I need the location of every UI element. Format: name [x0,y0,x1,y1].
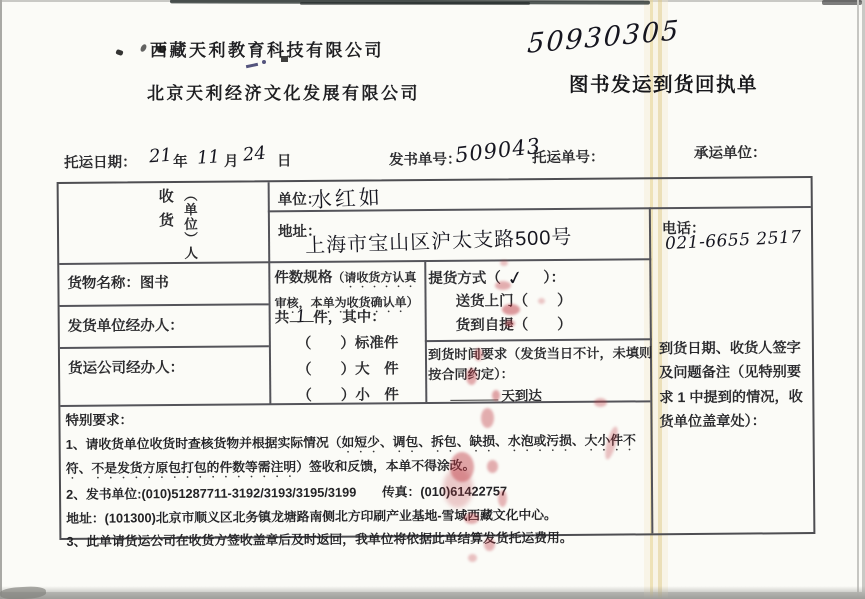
receiver-header-cell: 收货 （单位）人 [155,187,261,260]
receiver-label-right: （单位）人 [179,188,200,261]
package-item-standard: （ ）标准件 [297,331,399,353]
pickup-method-prefix: 提货方式（ [428,270,501,287]
package-total-prefix: 共 [275,310,290,326]
table-line [59,258,651,265]
stamp-mark [487,460,498,473]
stamp-mark [468,554,477,562]
arrival-time-requirement: 到货时间要求（发货当日不计，未填则按合同约定）： [428,343,654,386]
stamp-mark [495,281,511,290]
package-total-value-handwritten: 1 [295,307,308,328]
scan-artifact-top [822,0,862,5]
package-total-blank: 1 [289,307,313,322]
carrier-label: 承运单位： [694,141,767,163]
scan-artifact-left-edge [0,0,2,599]
scan-artifact-bottom [0,586,865,599]
arrival-days-blank [450,386,498,401]
table-line [60,303,269,307]
table-line [424,260,427,403]
package-item-small: （ ）小 件 [297,383,399,405]
company-name-2: 北京天利经济文化发展有限公司 [147,79,420,104]
shipper-agent-label: 发货单位经办人： [68,314,184,336]
meta-row: 托运日期： 21 年 11 月 24 日 发书单号： 509043 托运单号： … [55,138,835,179]
arrival-days-suffix: 天到达 [501,388,542,403]
scan-artifact-bottom-smudge [0,586,46,599]
stamp-mark [500,260,508,266]
ship-date-label: 托运日期： [64,151,137,173]
special-requirements-heading: 特别要求： [65,405,647,432]
stamp-mark [498,490,507,507]
stamp-mark [481,408,494,428]
stamp-mark [502,304,520,315]
table-line [268,182,272,404]
stamp-mark [492,390,500,401]
pickup-method-suffix: ）： [529,270,565,286]
scan-artifact-right-edge [857,0,859,599]
freight-agent-label: 货运公司经办人： [68,356,184,378]
form-table: 收货 （单位）人 单位： 水红如 地址： 上海市宝山区沪太支路500号 电话： … [57,176,816,540]
goods-name-label: 货物名称：图书 [67,271,169,293]
package-total-line: 共1件，其中： [275,305,386,327]
special-requirement-1: 1、请收货单位收货时查核货物并根据实际情况（如短少、调包、拆包、缺损、水泡或污损… [66,430,648,483]
pen-scribble [262,60,266,64]
arrival-signature-note: 到货日期、收货人签字及问题备注（见特别要求 1 中提到的情况，收货单位盖章处）： [659,336,810,435]
table-line [60,345,269,349]
book-order-label: 发书单号： [389,148,462,170]
day-unit: 日 [277,149,292,170]
form-title: 图书发运到货回执单 [569,69,758,97]
stamp-mark [464,513,479,524]
company-name-1: 西藏天利教育科技有限公司 [150,36,384,61]
ship-date-month-handwritten: 11 [196,146,220,168]
stamp-mark [484,538,495,551]
scan-artifact-top [300,2,530,5]
ship-date-year-handwritten: 21 [148,145,172,168]
special-requirements-section: 特别要求： 1、请收货单位收货时查核货物并根据实际情况（如短少、调包、拆包、缺损… [65,403,648,554]
package-spec-label: 件数规格 [274,270,332,286]
waybill-label: 托运单号： [532,146,605,168]
ship-date-day-handwritten: 24 [242,143,267,166]
pen-scribble [281,56,288,62]
package-total-suffix: 件，其中： [313,309,386,326]
unit-value-handwritten: 水红如 [310,181,383,214]
year-unit: 年 [173,150,188,171]
special-requirement-2-address: 地址：(101300)北京市顺义区北务镇龙塘路南侧北方印刷产业基地-雪域西藏文化… [66,503,648,529]
special-requirement-3: 3、此单请货运公司在收货方签收盖章后及时返回，我单位将依据此单结算发货托运费用。 [66,526,648,552]
special-requirement-2: 2、发书单位:(010)51287711-3192/3193/3195/3199… [66,480,648,506]
stamp-mark [474,348,483,361]
stamp-mark [450,452,474,482]
stamp-mark [466,368,477,385]
special-requirement-1-prefix: 1、请收货单位收货时查核货物并根据实际情况（ [66,435,342,452]
stamp-mark [594,398,607,407]
package-item-large: （ ）大 件 [297,357,399,379]
address-value-handwritten: 上海市宝山区沪太支路500号 [305,220,573,258]
month-unit: 月 [224,150,239,171]
receiver-label-left: 收货 [155,188,177,261]
stamp-mark [505,320,515,327]
table-line [425,338,652,342]
stamp-mark [538,298,545,304]
